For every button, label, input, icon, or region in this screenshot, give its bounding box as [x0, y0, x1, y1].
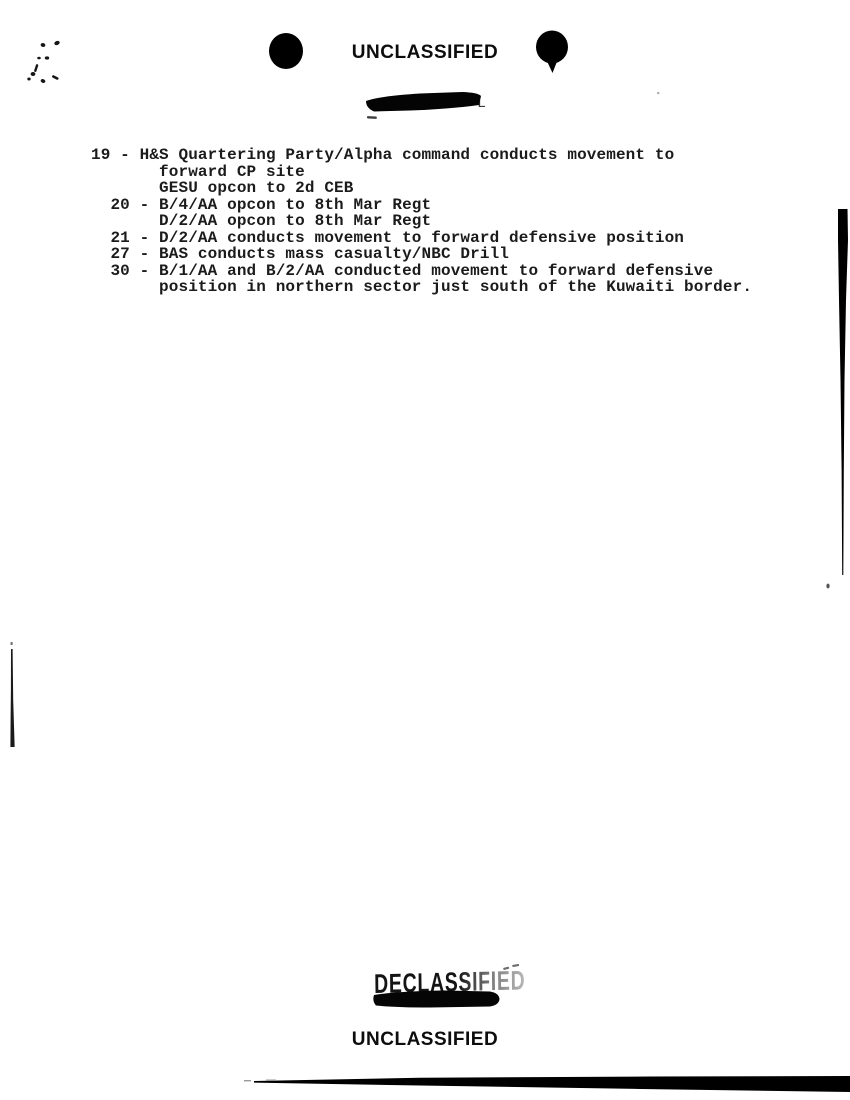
redaction-bar	[366, 92, 481, 119]
scan-artifact-bottom-edge	[254, 1076, 850, 1092]
redacted-line-trailing-char: L	[477, 95, 486, 112]
scan-artifact-left-edge	[10, 649, 14, 747]
scan-artifact-right-edge	[838, 209, 848, 575]
footer-classification: UNCLASSIFIED	[0, 1029, 850, 1051]
header-classification: UNCLASSIFIED	[0, 42, 850, 64]
scan-speck-right-bottom	[826, 584, 829, 589]
body-text-block: 19 - H&S Quartering Party/Alpha command …	[91, 147, 752, 296]
scan-dashes-bottom-left	[244, 1080, 276, 1082]
declassified-stamp: DECLASSIFIED	[374, 967, 526, 998]
document-page: UNCLASSIFIED 19 - H&S Quartering Party/A…	[0, 0, 850, 1100]
stray-speck	[657, 92, 659, 94]
scan-speck-left	[11, 642, 13, 645]
